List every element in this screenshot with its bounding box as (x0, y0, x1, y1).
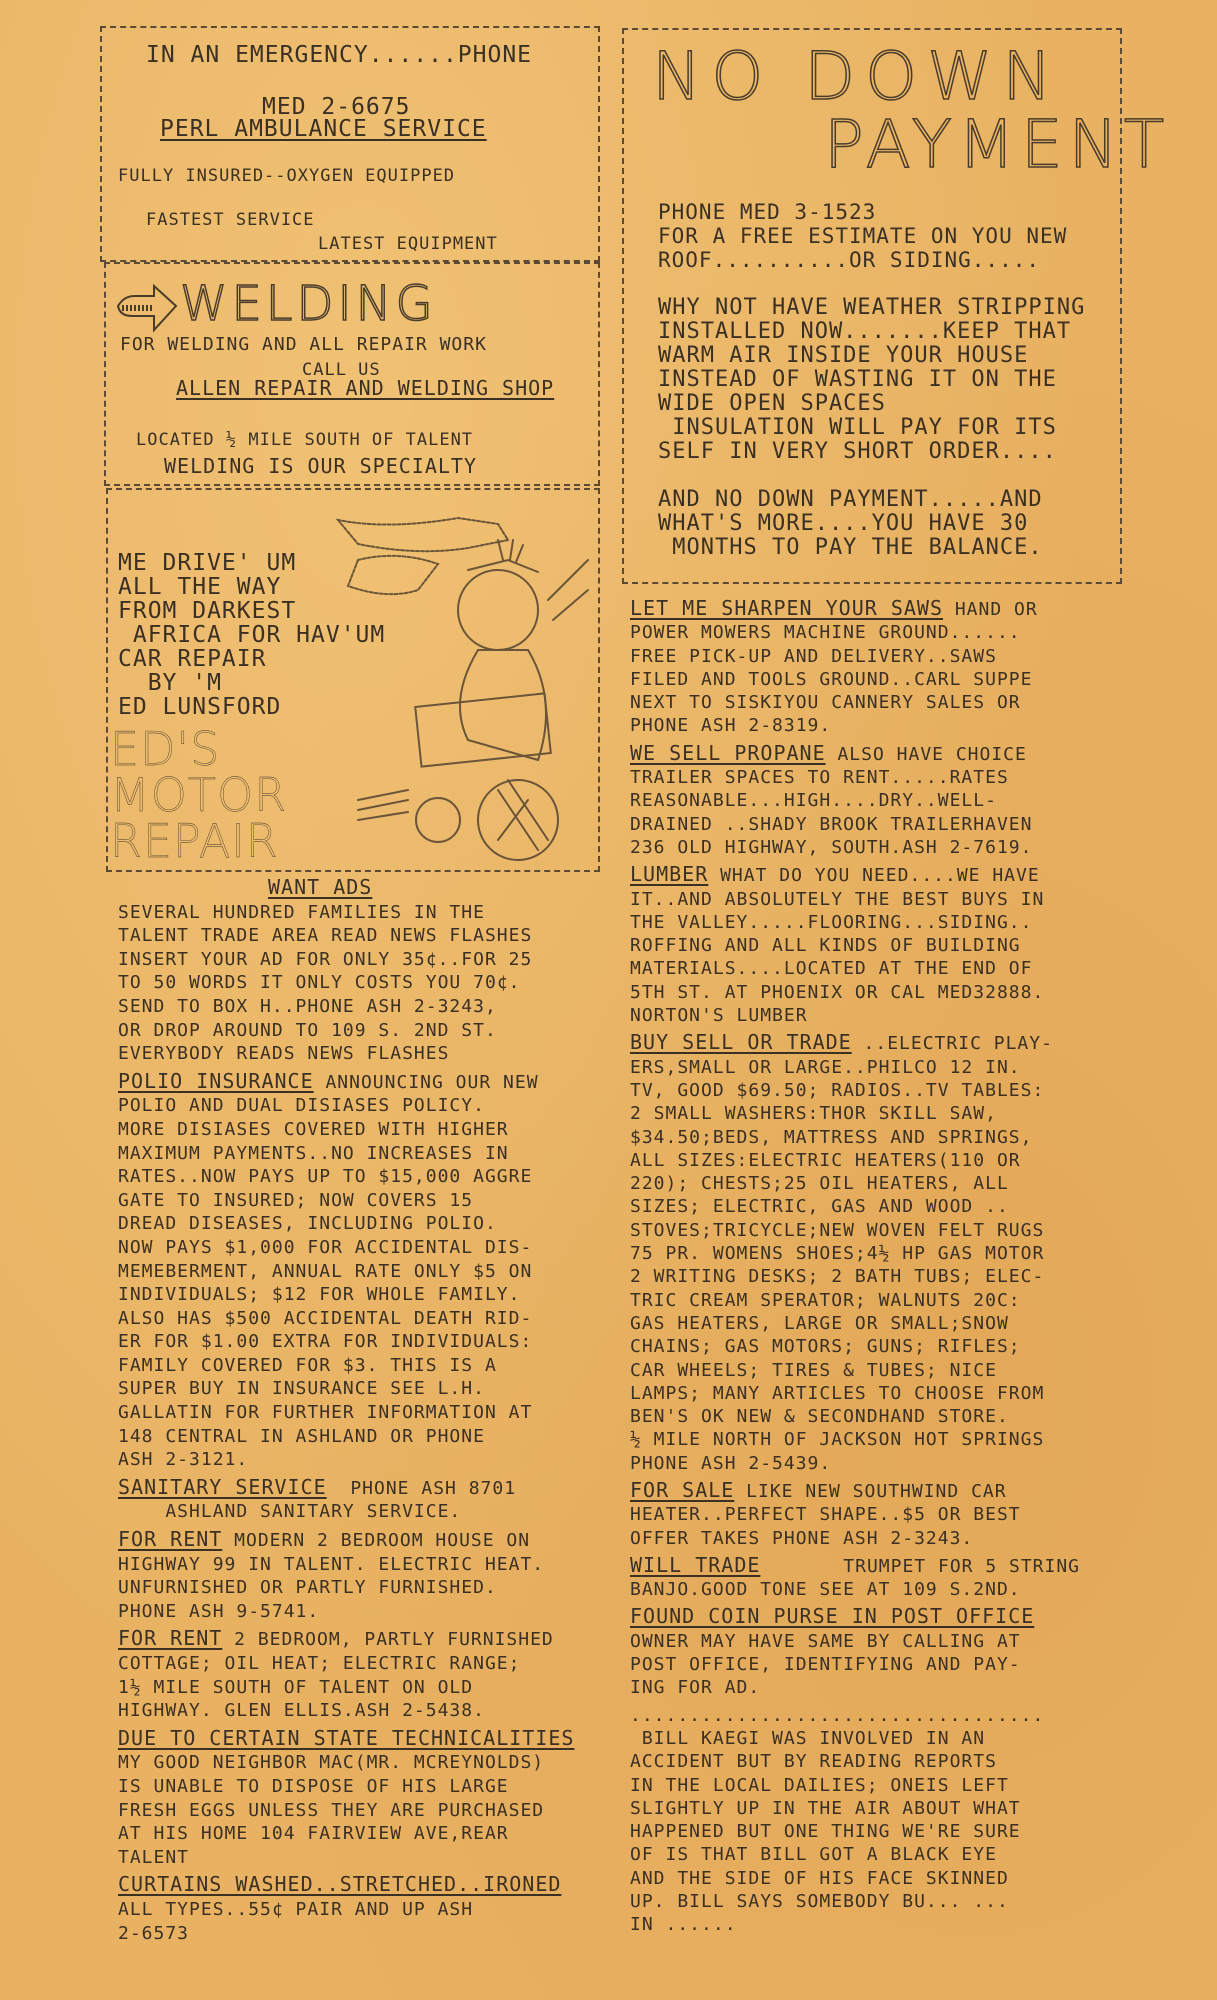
ad-line: LAMPS; MANY ARTICLES TO CHOOSE FROM (630, 1382, 1140, 1405)
arrow-icon (114, 282, 180, 338)
ad-line: DREAD DISEASES, INCLUDING POLIO. (118, 1212, 638, 1236)
ad-lead-text: WHAT DO YOU NEED....WE HAVE (708, 865, 1039, 886)
ad-line: COTTAGE; OIL HEAT; ELECTRIC RANGE; (118, 1652, 638, 1676)
ad-line: MORE DISIASES COVERED WITH HIGHER (118, 1118, 638, 1142)
ad-line: REASONABLE...HIGH....DRY..WELL- (630, 789, 1140, 812)
roof-line: SELF IN VERY SHORT ORDER.... (658, 440, 1085, 464)
ad-line: 2-6573 (118, 1922, 638, 1946)
ad-line: SEVERAL HUNDRED FAMILIES IN THE (118, 901, 638, 925)
ad-line: GALLATIN FOR FURTHER INFORMATION AT (118, 1401, 638, 1425)
ad-line: BILL KAEGI WAS INVOLVED IN AN (630, 1727, 1140, 1750)
motor-line-2: FROM DARKEST (118, 598, 296, 624)
newsletter-page: IN AN EMERGENCY......PHONE MED 2-6675 PE… (0, 0, 1217, 2000)
ad-line: NOW PAYS $1,000 FOR ACCIDENTAL DIS- (118, 1236, 638, 1260)
ad-first-line: WE SELL PROPANE ALSO HAVE CHOICE (630, 742, 1140, 766)
ad-line: 236 OLD HIGHWAY, SOUTH.ASH 2-7619. (630, 836, 1140, 859)
ad-heading: LUMBER (630, 862, 708, 886)
ad-line: ER FOR $1.00 EXTRA FOR INDIVIDUALS: (118, 1330, 638, 1354)
ad-line: TV, GOOD $69.50; RADIOS..TV TABLES: (630, 1079, 1140, 1102)
ad-line: AND THE SIDE OF HIS FACE SKINNED (630, 1867, 1140, 1890)
ad-line: GATE TO INSURED; NOW COVERS 15 (118, 1189, 638, 1213)
ad-line: POST OFFICE, IDENTIFYING AND PAY- (630, 1653, 1140, 1676)
classified-ad: FOR RENT 2 BEDROOM, PARTLY FURNISHEDCOTT… (118, 1627, 638, 1722)
classified-ad: FOUND COIN PURSE IN POST OFFICEOWNER MAY… (630, 1605, 1140, 1699)
ad-first-line: LUMBER WHAT DO YOU NEED....WE HAVE (630, 863, 1140, 887)
motor-line-5: BY 'M (118, 670, 222, 696)
motor-line-1: ALL THE WAY (118, 574, 281, 600)
motor-line-0: ME DRIVE' UM (118, 550, 296, 576)
ad-first-line: POLIO INSURANCE ANNOUNCING OUR NEW (118, 1070, 638, 1095)
ad-line: $34.50;BEDS, MATTRESS AND SPRINGS, (630, 1126, 1140, 1149)
ad-line: EVERYBODY READS NEWS FLASHES (118, 1042, 638, 1066)
ad-heading: FOUND COIN PURSE IN POST OFFICE (630, 1604, 1034, 1628)
left-column-ads: WANT ADSSEVERAL HUNDRED FAMILIES IN THET… (118, 876, 638, 1949)
roof-line: PHONE MED 3-1523 (658, 200, 1085, 224)
ad-line: SUPER BUY IN INSURANCE SEE L.H. (118, 1377, 638, 1401)
ad-line: MEMEBERMENT, ANNUAL RATE ONLY $5 ON (118, 1260, 638, 1284)
ad-line: 2 WRITING DESKS; 2 BATH TUBS; ELEC- (630, 1265, 1140, 1288)
ad-line: 148 CENTRAL IN ASHLAND OR PHONE (118, 1425, 638, 1449)
ad-first-line: FOR SALE LIKE NEW SOUTHWIND CAR (630, 1479, 1140, 1503)
ad-heading: LET ME SHARPEN YOUR SAWS (630, 596, 943, 620)
ad-line: ALL TYPES..55¢ PAIR AND UP ASH (118, 1898, 638, 1922)
ad-line: ALL SIZES:ELECTRIC HEATERS(110 OR (630, 1149, 1140, 1172)
ad-line: POLIO AND DUAL DISIASES POLICY. (118, 1094, 638, 1118)
ad-line: TRIC CREAM SPERATOR; WALNUTS 20C: (630, 1289, 1140, 1312)
roof-title-2: PAYMENT (824, 106, 1170, 183)
roof-line: WHAT'S MORE....YOU HAVE 30 (658, 512, 1085, 536)
ad-line: 220); CHESTS;25 OIL HEATERS, ALL (630, 1172, 1140, 1195)
motor-line-4: CAR REPAIR (118, 646, 266, 672)
ad-heading: FOR RENT (118, 1626, 222, 1650)
ad-line: ACCIDENT BUT BY READING REPORTS (630, 1750, 1140, 1773)
ad-lead-text: ALSO HAVE CHOICE (826, 744, 1027, 765)
motor-repair-ad: ME DRIVE' UM ALL THE WAY FROM DARKEST AF… (106, 488, 600, 872)
ad-line: INSERT YOUR AD FOR ONLY 35¢..FOR 25 (118, 948, 638, 972)
ad-line: SEND TO BOX H..PHONE ASH 2-3243, (118, 995, 638, 1019)
motor-line-6: ED LUNSFORD (118, 694, 281, 720)
ad-lead-text: LIKE NEW SOUTHWIND CAR (734, 1481, 1006, 1502)
classified-ad: LUMBER WHAT DO YOU NEED....WE HAVEIT..AN… (630, 863, 1140, 1027)
ad-line: NEXT TO SISKIYOU CANNERY SALES OR (630, 691, 1140, 714)
ad-line: IS UNABLE TO DISPOSE OF HIS LARGE (118, 1775, 638, 1799)
motor-title-1: MOTOR (110, 772, 287, 818)
ad-line: UNFURNISHED OR PARTLY FURNISHED. (118, 1576, 638, 1600)
roof-line (658, 464, 1085, 488)
ad-heading: WILL TRADE (630, 1553, 760, 1577)
ad-line: OF IS THAT BILL GOT A BLACK EYE (630, 1843, 1140, 1866)
ambulance-headline: IN AN EMERGENCY......PHONE (146, 42, 532, 68)
ad-lead-text: 2 BEDROOM, PARTLY FURNISHED (222, 1629, 553, 1650)
ad-line: MAXIMUM PAYMENTS..NO INCREASES IN (118, 1142, 638, 1166)
welding-line4: WELDING IS OUR SPECIALTY (164, 454, 477, 478)
ad-line: FILED AND TOOLS GROUND..CARL SUPPE (630, 668, 1140, 691)
roof-line: WHY NOT HAVE WEATHER STRIPPING (658, 296, 1085, 320)
classified-ad: CURTAINS WASHED..STRETCHED..IRONEDALL TY… (118, 1873, 638, 1945)
ad-line: IN THE LOCAL DAILIES; ONEIS LEFT (630, 1774, 1140, 1797)
welding-line1: FOR WELDING AND ALL REPAIR WORK (120, 334, 487, 355)
classified-ad: WILL TRADE TRUMPET FOR 5 STRINGBANJO.GOO… (630, 1554, 1140, 1602)
ad-line: SIZES; ELECTRIC, GAS AND WOOD .. (630, 1195, 1140, 1218)
motor-title-2: REPAIR (110, 818, 279, 864)
ambulance-line3: FULLY INSURED--OXYGEN EQUIPPED (118, 166, 455, 186)
ad-line: TALENT TRADE AREA READ NEWS FLASHES (118, 924, 638, 948)
ad-heading: FOR SALE (630, 1478, 734, 1502)
ad-line: HEATER..PERFECT SHAPE..$5 OR BEST (630, 1503, 1140, 1526)
ad-first-line: WANT ADS (118, 876, 638, 901)
ad-line: TO 50 WORDS IT ONLY COSTS YOU 70¢. (118, 971, 638, 995)
ad-line: DRAINED ..SHADY BROOK TRAILERHAVEN (630, 813, 1140, 836)
ad-line: OFFER TAKES PHONE ASH 2-3243. (630, 1527, 1140, 1550)
ad-line: PHONE ASH 9-5741. (118, 1600, 638, 1624)
classified-ad: SANITARY SERVICE PHONE ASH 8701 ASHLAND … (118, 1476, 638, 1524)
roof-line: MONTHS TO PAY THE BALANCE. (658, 536, 1085, 560)
ad-line: HAPPENED BUT ONE THING WE'RE SURE (630, 1820, 1140, 1843)
ambulance-name: PERL AMBULANCE SERVICE (160, 116, 487, 142)
ad-line: IN ...... (630, 1913, 1140, 1936)
caveman-driver-illustration (298, 500, 598, 870)
ad-line: PHONE ASH 2-5439. (630, 1452, 1140, 1475)
classified-ad: FOR SALE LIKE NEW SOUTHWIND CARHEATER..P… (630, 1479, 1140, 1550)
ad-first-line: BUY SELL OR TRADE ..ELECTRIC PLAY- (630, 1031, 1140, 1055)
ad-line: 2 SMALL WASHERS:THOR SKILL SAW, (630, 1102, 1140, 1125)
ad-lead-text: PHONE ASH 8701 (327, 1478, 516, 1499)
ad-line: BANJO.GOOD TONE SEE AT 109 S.2ND. (630, 1578, 1140, 1601)
ad-line: ROFFING AND ALL KINDS OF BUILDING (630, 934, 1140, 957)
welding-shop-name: ALLEN REPAIR AND WELDING SHOP (176, 376, 554, 400)
ad-heading: POLIO INSURANCE (118, 1069, 314, 1093)
ad-lead-text: HAND OR (943, 599, 1038, 620)
ad-heading: SANITARY SERVICE (118, 1475, 327, 1499)
right-column-ads: LET ME SHARPEN YOUR SAWS HAND ORPOWER MO… (630, 597, 1140, 1941)
ad-first-line: DUE TO CERTAIN STATE TECHNICALITIES (118, 1727, 638, 1752)
ad-first-line: FOUND COIN PURSE IN POST OFFICE (630, 1605, 1140, 1629)
ambulance-ad: IN AN EMERGENCY......PHONE MED 2-6675 PE… (100, 26, 600, 262)
classified-ad: WANT ADSSEVERAL HUNDRED FAMILIES IN THET… (118, 876, 638, 1066)
welding-ad: WELDING FOR WELDING AND ALL REPAIR WORK … (104, 262, 600, 486)
ad-lead-text: ANNOUNCING OUR NEW (314, 1072, 539, 1093)
ad-line: THE VALLEY.....FLOORING...SIDING.. (630, 911, 1140, 934)
ad-line: INDIVIDUALS; $12 FOR WHOLE FAMILY. (118, 1283, 638, 1307)
ad-line: ING FOR AD. (630, 1676, 1140, 1699)
welding-line3: LOCATED ½ MILE SOUTH OF TALENT (136, 430, 473, 450)
ad-line: FAMILY COVERED FOR $3. THIS IS A (118, 1354, 638, 1378)
ambulance-line5: LATEST EQUIPMENT (318, 234, 498, 254)
ad-heading: DUE TO CERTAIN STATE TECHNICALITIES (118, 1726, 574, 1750)
roof-line: ROOF..........OR SIDING..... (658, 248, 1085, 272)
ad-line: TRAILER SPACES TO RENT.....RATES (630, 766, 1140, 789)
ad-line: FRESH EGGS UNLESS THEY ARE PURCHASED (118, 1799, 638, 1823)
roof-body: PHONE MED 3-1523FOR A FREE ESTIMATE ON Y… (658, 200, 1085, 560)
roof-line: WARM AIR INSIDE YOUR HOUSE (658, 344, 1085, 368)
ad-heading: CURTAINS WASHED..STRETCHED..IRONED (118, 1872, 561, 1896)
ad-lead-text: TRUMPET FOR 5 STRING (760, 1556, 1080, 1577)
ad-line: CHAINS; GAS MOTORS; GUNS; RIFLES; (630, 1335, 1140, 1358)
ad-line: BEN'S OK NEW & SECONDHAND STORE. (630, 1405, 1140, 1428)
ad-heading: FOR RENT (118, 1527, 222, 1551)
ad-line: ½ MILE NORTH OF JACKSON HOT SPRINGS (630, 1428, 1140, 1451)
ad-line: ................................... (630, 1704, 1140, 1727)
roof-line: WIDE OPEN SPACES (658, 392, 1085, 416)
roofing-ad: NO DOWN PAYMENT PHONE MED 3-1523FOR A FR… (622, 28, 1122, 584)
ad-lead-text: MODERN 2 BEDROOM HOUSE ON (222, 1530, 530, 1551)
classified-ad: LET ME SHARPEN YOUR SAWS HAND ORPOWER MO… (630, 597, 1140, 738)
ad-first-line: FOR RENT MODERN 2 BEDROOM HOUSE ON (118, 1528, 638, 1553)
ad-line: IT..AND ABSOLUTELY THE BEST BUYS IN (630, 888, 1140, 911)
classified-ad: FOR RENT MODERN 2 BEDROOM HOUSE ONHIGHWA… (118, 1528, 638, 1623)
ad-heading: WANT ADS (268, 875, 372, 899)
ad-line: UP. BILL SAYS SOMEBODY BU... ... (630, 1890, 1140, 1913)
welding-title: WELDING (180, 276, 437, 332)
ad-line: ASH 2-3121. (118, 1448, 638, 1472)
ad-lead-text: ..ELECTRIC PLAY- (852, 1033, 1053, 1054)
ad-first-line: LET ME SHARPEN YOUR SAWS HAND OR (630, 597, 1140, 621)
motor-title-0: ED'S (110, 726, 220, 772)
classified-ad: DUE TO CERTAIN STATE TECHNICALITIESMY GO… (118, 1727, 638, 1870)
roof-line: INSTALLED NOW.......KEEP THAT (658, 320, 1085, 344)
ad-heading: WE SELL PROPANE (630, 741, 826, 765)
ad-first-line: WILL TRADE TRUMPET FOR 5 STRING (630, 1554, 1140, 1578)
ad-line: STOVES;TRICYCLE;NEW WOVEN FELT RUGS (630, 1219, 1140, 1242)
ad-line: MY GOOD NEIGHBOR MAC(MR. MCREYNOLDS) (118, 1751, 638, 1775)
ad-line: HIGHWAY 99 IN TALENT. ELECTRIC HEAT. (118, 1553, 638, 1577)
ad-first-line: FOR RENT 2 BEDROOM, PARTLY FURNISHED (118, 1627, 638, 1652)
ad-line: GAS HEATERS, LARGE OR SMALL;SNOW (630, 1312, 1140, 1335)
roof-line: AND NO DOWN PAYMENT.....AND (658, 488, 1085, 512)
ad-line: POWER MOWERS MACHINE GROUND...... (630, 621, 1140, 644)
ad-line: MATERIALS....LOCATED AT THE END OF (630, 957, 1140, 980)
roof-title-1: NO DOWN (652, 38, 1062, 115)
ad-line: SLIGHTLY UP IN THE AIR ABOUT WHAT (630, 1797, 1140, 1820)
ad-line: RATES..NOW PAYS UP TO $15,000 AGGRE (118, 1165, 638, 1189)
ad-first-line: CURTAINS WASHED..STRETCHED..IRONED (118, 1873, 638, 1898)
ad-line: FREE PICK-UP AND DELIVERY..SAWS (630, 645, 1140, 668)
ad-line: TALENT (118, 1846, 638, 1870)
ad-line: OWNER MAY HAVE SAME BY CALLING AT (630, 1630, 1140, 1653)
ad-first-line: SANITARY SERVICE PHONE ASH 8701 (118, 1476, 638, 1501)
classified-ad: BUY SELL OR TRADE ..ELECTRIC PLAY-ERS,SM… (630, 1031, 1140, 1475)
ad-line: AT HIS HOME 104 FAIRVIEW AVE,REAR (118, 1822, 638, 1846)
ad-line: HIGHWAY. GLEN ELLIS.ASH 2-5438. (118, 1699, 638, 1723)
ad-line: ERS,SMALL OR LARGE..PHILCO 12 IN. (630, 1056, 1140, 1079)
ad-line: ALSO HAS $500 ACCIDENTAL DEATH RID- (118, 1307, 638, 1331)
classified-ad: ................................... BILL… (630, 1704, 1140, 1937)
ambulance-line4: FASTEST SERVICE (146, 210, 315, 230)
ad-line: 75 PR. WOMENS SHOES;4½ HP GAS MOTOR (630, 1242, 1140, 1265)
roof-line: INSTEAD OF WASTING IT ON THE (658, 368, 1085, 392)
ad-line: PHONE ASH 2-8319. (630, 714, 1140, 737)
ad-line: CAR WHEELS; TIRES & TUBES; NICE (630, 1359, 1140, 1382)
roof-line: INSULATION WILL PAY FOR ITS (658, 416, 1085, 440)
ad-line: NORTON'S LUMBER (630, 1004, 1140, 1027)
ad-line: 5TH ST. AT PHOENIX OR CAL MED32888. (630, 981, 1140, 1004)
roof-line (658, 272, 1085, 296)
ad-heading: BUY SELL OR TRADE (630, 1030, 852, 1054)
classified-ad: WE SELL PROPANE ALSO HAVE CHOICETRAILER … (630, 742, 1140, 859)
roof-line: FOR A FREE ESTIMATE ON YOU NEW (658, 224, 1085, 248)
ad-line: OR DROP AROUND TO 109 S. 2ND ST. (118, 1019, 638, 1043)
classified-ad: POLIO INSURANCE ANNOUNCING OUR NEWPOLIO … (118, 1070, 638, 1472)
ad-line: 1½ MILE SOUTH OF TALENT ON OLD (118, 1676, 638, 1700)
ad-line: ASHLAND SANITARY SERVICE. (118, 1500, 638, 1524)
